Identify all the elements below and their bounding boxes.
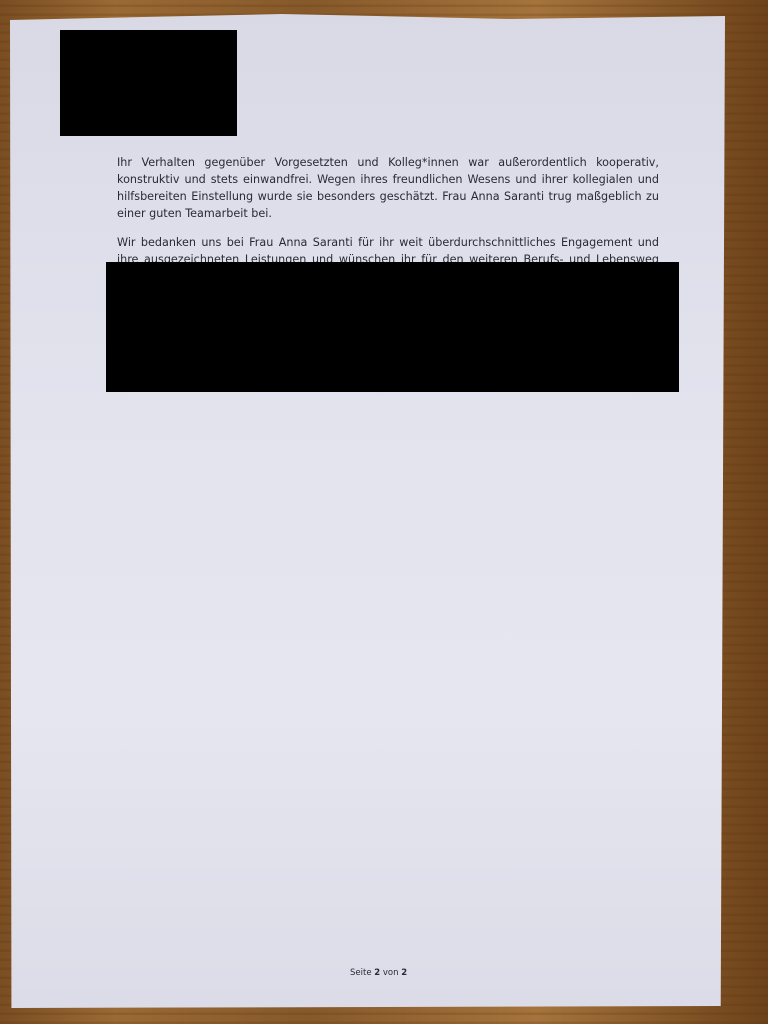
paragraph-behavior: Ihr Verhalten gegenüber Vorgesetzten und… xyxy=(117,154,659,222)
footer-separator: von xyxy=(380,968,401,978)
redacted-logo-block xyxy=(60,30,237,136)
footer-total-pages: 2 xyxy=(401,968,407,978)
page-number-footer: Seite 2 von 2 xyxy=(350,968,407,978)
document-page: Ihr Verhalten gegenüber Vorgesetzten und… xyxy=(10,10,725,1008)
footer-prefix: Seite xyxy=(350,968,374,978)
redacted-closing-block xyxy=(106,262,679,392)
paragraph-thanks: Wir bedanken uns bei Frau Anna Saranti f… xyxy=(117,234,659,262)
